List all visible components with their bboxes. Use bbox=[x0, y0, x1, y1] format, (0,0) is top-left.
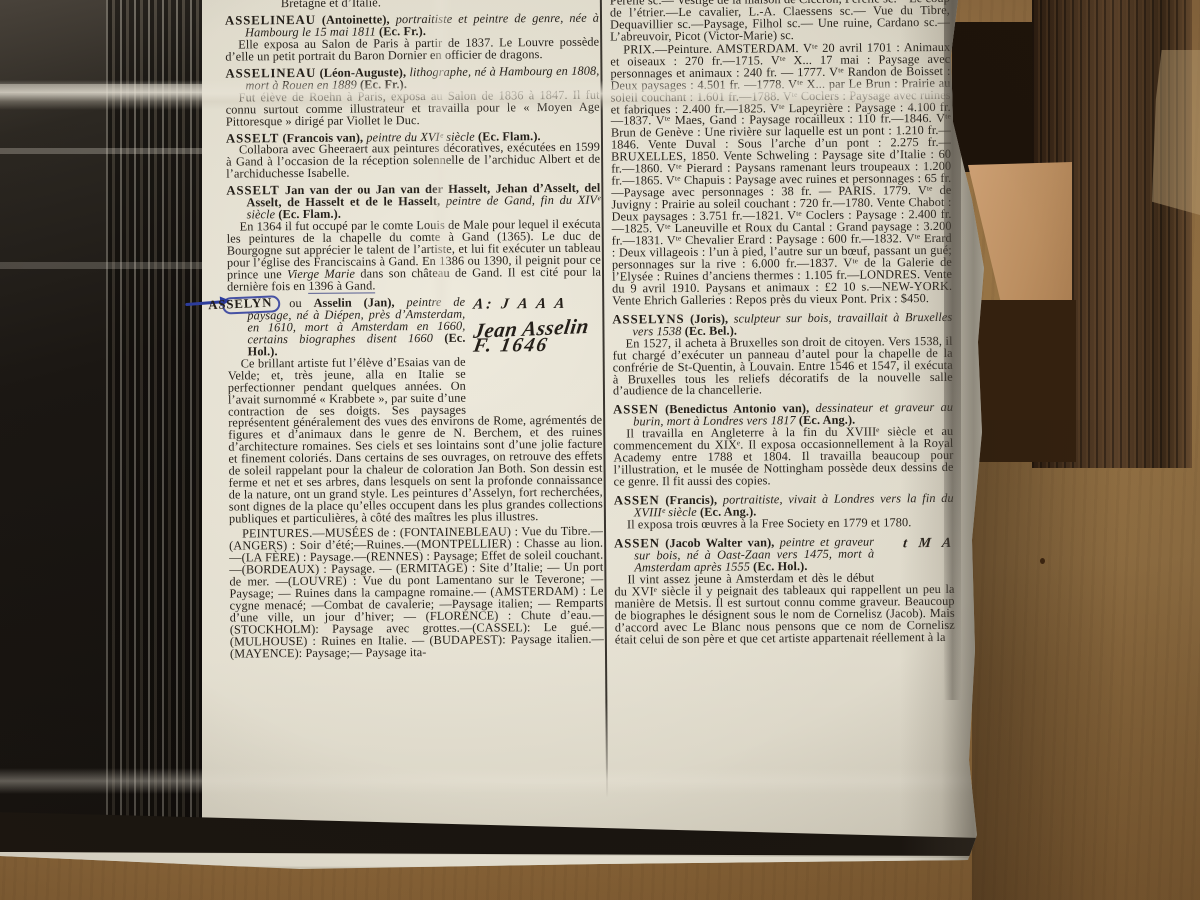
tape-patch bbox=[1152, 50, 1200, 215]
entry-assen-jacob: t M A ASSEN (Jacob Walter van), peintre … bbox=[614, 536, 955, 646]
right-column: des Trophées de Marius. — Pérelle sc.— V… bbox=[610, 0, 955, 646]
artist-monogram: t M A bbox=[881, 538, 956, 571]
entry-asselineau-leon: ASSELINEAU (Léon-Auguste), lithographe, … bbox=[225, 65, 599, 128]
printed-signature-facsimile: A: J A A A Jean Asselin F. 1646 bbox=[473, 298, 602, 406]
ink-underlined-text: 1396 à Gand. bbox=[308, 278, 375, 294]
entry-asselt-francois: ASSELT (Francois van), peintre du XVIᵉ s… bbox=[226, 130, 600, 181]
entry-body: Elle exposa au Salon de Paris à partir d… bbox=[225, 36, 599, 63]
text-fragment: Bretagne et d’Italie. bbox=[225, 0, 599, 11]
newspaper-page: Bretagne et d’Italie. ASSELINEAU (Antoin… bbox=[0, 0, 992, 874]
entry-asselyn: A: J A A A Jean Asselin F. 1646 ASSELYN … bbox=[227, 296, 603, 526]
photo-of-dictionary-page: Bretagne et d’Italie. ASSELINEAU (Antoin… bbox=[0, 0, 1200, 900]
left-column: Bretagne et d’Italie. ASSELINEAU (Antoin… bbox=[225, 0, 604, 660]
entry-headword: ASSELYN bbox=[208, 295, 273, 312]
signature-date: F. 1646 bbox=[473, 339, 603, 352]
entry-body: Il vint assez jeune à Amsterdam et dès l… bbox=[614, 572, 955, 646]
entry-assen-francis: ASSEN (Francis), portraitiste, vivait à … bbox=[614, 493, 954, 532]
entry-body: En 1364 il fut occupé par le comte Louis… bbox=[227, 219, 602, 294]
entry-heading: ASSELT Jan van der ou Jan van der Hassel… bbox=[226, 183, 600, 222]
wood-speck bbox=[1040, 558, 1045, 564]
artist-monogram: A: J A A A bbox=[472, 299, 602, 312]
entry-body: Il exposa trois œuvres à la Free Society… bbox=[614, 517, 954, 532]
entry-asselt-jan: ASSELT Jan van der ou Jan van der Hassel… bbox=[226, 183, 601, 294]
entry-body: Fut élève de Roehn à Paris, exposa au Sa… bbox=[226, 89, 600, 128]
entry-asselyns-joris: ASSELYNS (Joris), sculpteur sur bois, tr… bbox=[612, 312, 953, 398]
ink-circle-annotation: ASSELYN bbox=[222, 295, 281, 314]
entry-body: Il travailla en Angleterre à la fin du X… bbox=[613, 426, 953, 488]
peintures-list: PEINTURES.—MUSÉES de : (FONTAINEBLEAU) :… bbox=[229, 526, 604, 660]
entry-body: En 1527, il acheta à Bruxelles son droit… bbox=[613, 336, 953, 398]
entry-assen-benedictus: ASSEN (Benedictus Antonio van), dessinat… bbox=[613, 402, 954, 488]
entry-asselineau-antoinette: ASSELINEAU (Antoinette), portraitiste et… bbox=[225, 13, 599, 64]
paper-cast-shadow bbox=[972, 420, 1122, 900]
entry-body: Collabora avec Gheeraert aux peintures d… bbox=[226, 142, 600, 181]
prix-list: PRIX.—Peinture. AMSTERDAM. Vᵗᵉ 20 avril … bbox=[610, 42, 952, 308]
printed-text-area: Bretagne et d’Italie. ASSELINEAU (Antoin… bbox=[0, 0, 996, 876]
engravings-list: Pérelle sc.— Vestige de la maison de Cic… bbox=[610, 0, 950, 43]
